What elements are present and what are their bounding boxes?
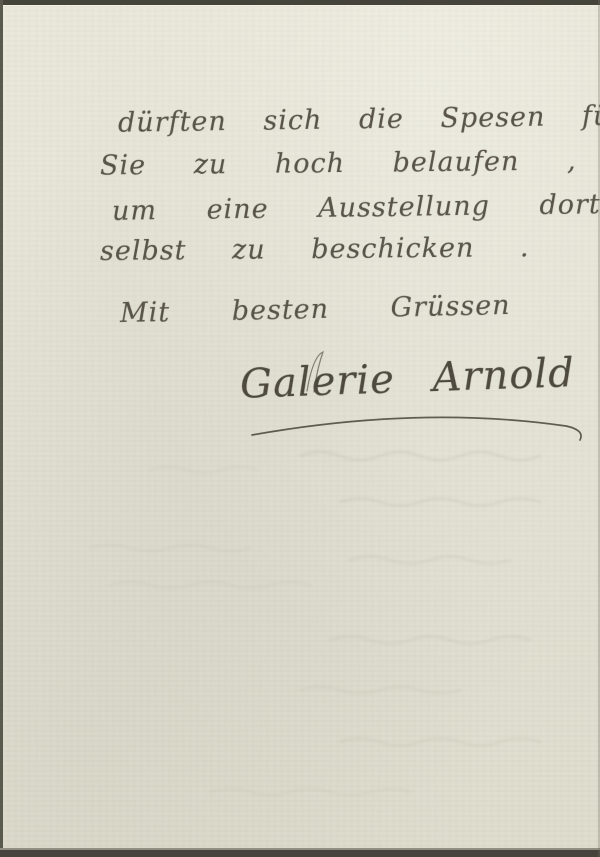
letter-scan: dürften sich die Spesen für Sie zu hoch … xyxy=(0,0,600,857)
scan-edge-left xyxy=(0,0,3,857)
scan-edge-bottom xyxy=(0,848,600,857)
scan-edge-top xyxy=(0,0,600,6)
letter-body-line-3: um eine Ausstellung dort . xyxy=(112,188,600,227)
letter-body-line-1: dürften sich die Spesen für xyxy=(118,100,600,138)
letter-body-line-2: Sie zu hoch belaufen , xyxy=(100,146,577,182)
letter-body-line-4: selbst zu beschicken . xyxy=(100,232,530,267)
